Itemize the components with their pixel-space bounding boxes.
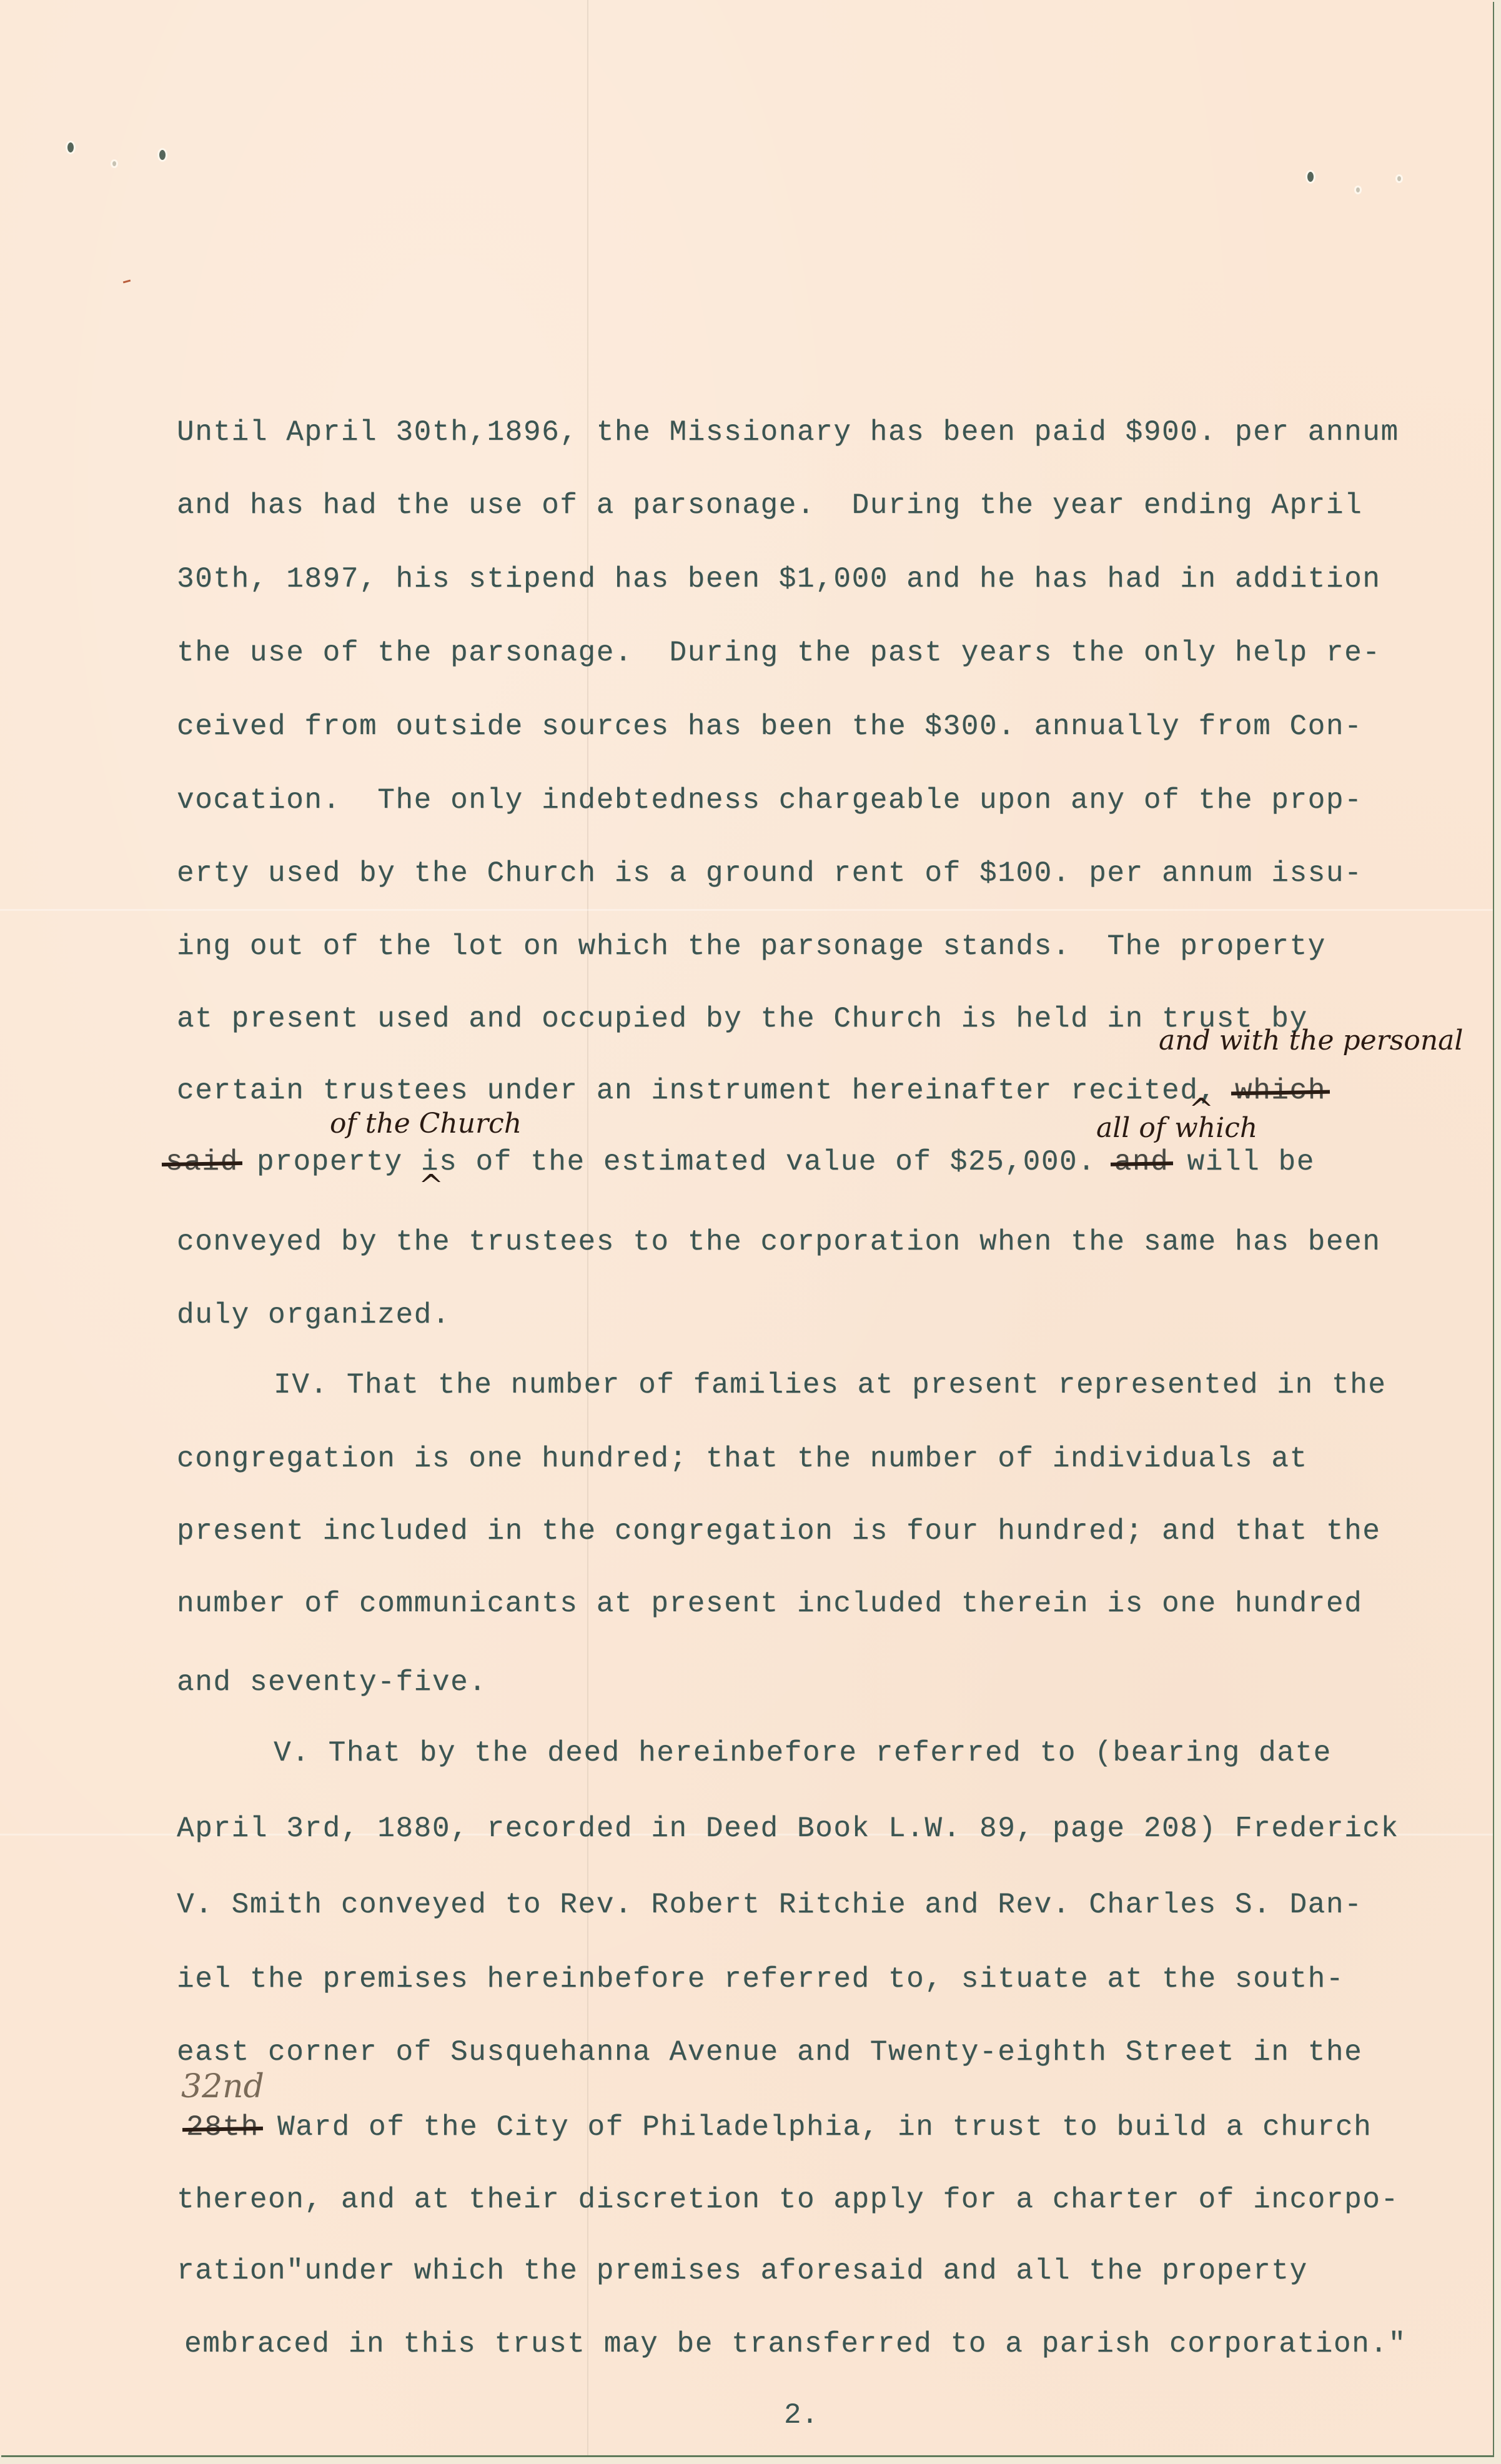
text-line: duly organized. [177,1296,450,1334]
text-line: ing out of the lot on which the parsonag… [177,928,1326,965]
punch-hole-icon [67,142,74,152]
text-line: ration"under which the premises aforesai… [177,2252,1308,2290]
text-segment: Ward of the City of Philadelphia, in tru… [259,2111,1372,2144]
text-line: ceived from outside sources has been the… [177,708,1362,745]
text-line: 30th, 1897, his stipend has been $1,000 … [177,560,1381,598]
ink-speck [123,279,131,283]
text-line: iel the premises hereinbefore referred t… [177,1960,1344,1998]
text-line: said property is of the estimated value … [166,1143,1315,1181]
text-segment: is of the estimated value of $25,000. [403,1146,1114,1178]
handwritten-insertion: of the Church [330,1108,522,1140]
struck-word: and [1114,1146,1169,1178]
text-line-final: embraced in this trust may be transferre… [184,2325,1407,2363]
text-line: 28th Ward of the City of Philadelphia, i… [186,2109,1372,2146]
text-segment: property [239,1146,403,1178]
struck-word: said [166,1146,239,1178]
text-line: present included in the congregation is … [177,1513,1381,1550]
text-line: April 3rd, 1880, recorded in Deed Book L… [177,1810,1399,1847]
text-line: V. Smith conveyed to Rev. Robert Ritchie… [177,1886,1362,1924]
caret-insertion-mark-icon: ^ [419,1168,443,1203]
text-line: at present used and occupied by the Chur… [177,1000,1308,1038]
text-line: vocation. The only indebtedness chargeab… [177,782,1362,819]
handwritten-insertion: all of which [1096,1112,1257,1144]
text-line: east corner of Susquehanna Avenue and Tw… [177,2034,1362,2071]
handwritten-correction: 32nd [181,2068,264,2105]
section-iv-heading: IV. That the number of families at prese… [274,1366,1386,1404]
punch-hole-icon [1356,187,1360,192]
text-line: congregation is one hundred; that the nu… [177,1440,1308,1478]
section-v-heading: V. That by the deed hereinbefore referre… [274,1734,1332,1772]
text-line: number of communicants at present includ… [177,1585,1362,1622]
text-segment: will be [1169,1146,1315,1178]
paper-fold-horizontal [0,909,1493,911]
punch-hole-icon [1307,172,1314,182]
struck-word: which [1235,1075,1326,1107]
text-line: and has had the use of a parsonage. Duri… [177,487,1362,524]
struck-word: 28th [186,2111,259,2144]
text-line: erty used by the Church is a ground rent… [177,855,1362,892]
punch-hole-icon [159,150,166,160]
text-line: certain trustees under an instrument her… [177,1072,1326,1110]
text-line: conveyed by the trustees to the corporat… [177,1223,1381,1261]
text-line: thereon, and at their discretion to appl… [177,2181,1399,2218]
punch-hole-icon [1397,176,1401,181]
text-segment: certain trustees under an instrument her… [177,1075,1217,1107]
handwritten-insertion: and with the personal [1159,1025,1463,1056]
text-line: Until April 30th,1896, the Missionary ha… [177,414,1399,451]
punch-hole-icon [112,161,116,166]
text-line: the use of the parsonage. During the pas… [177,634,1381,672]
text-line: and seventy-five. [177,1664,487,1701]
document-page: Until April 30th,1896, the Missionary ha… [0,0,1493,2455]
page-number: 2. [784,2399,818,2432]
